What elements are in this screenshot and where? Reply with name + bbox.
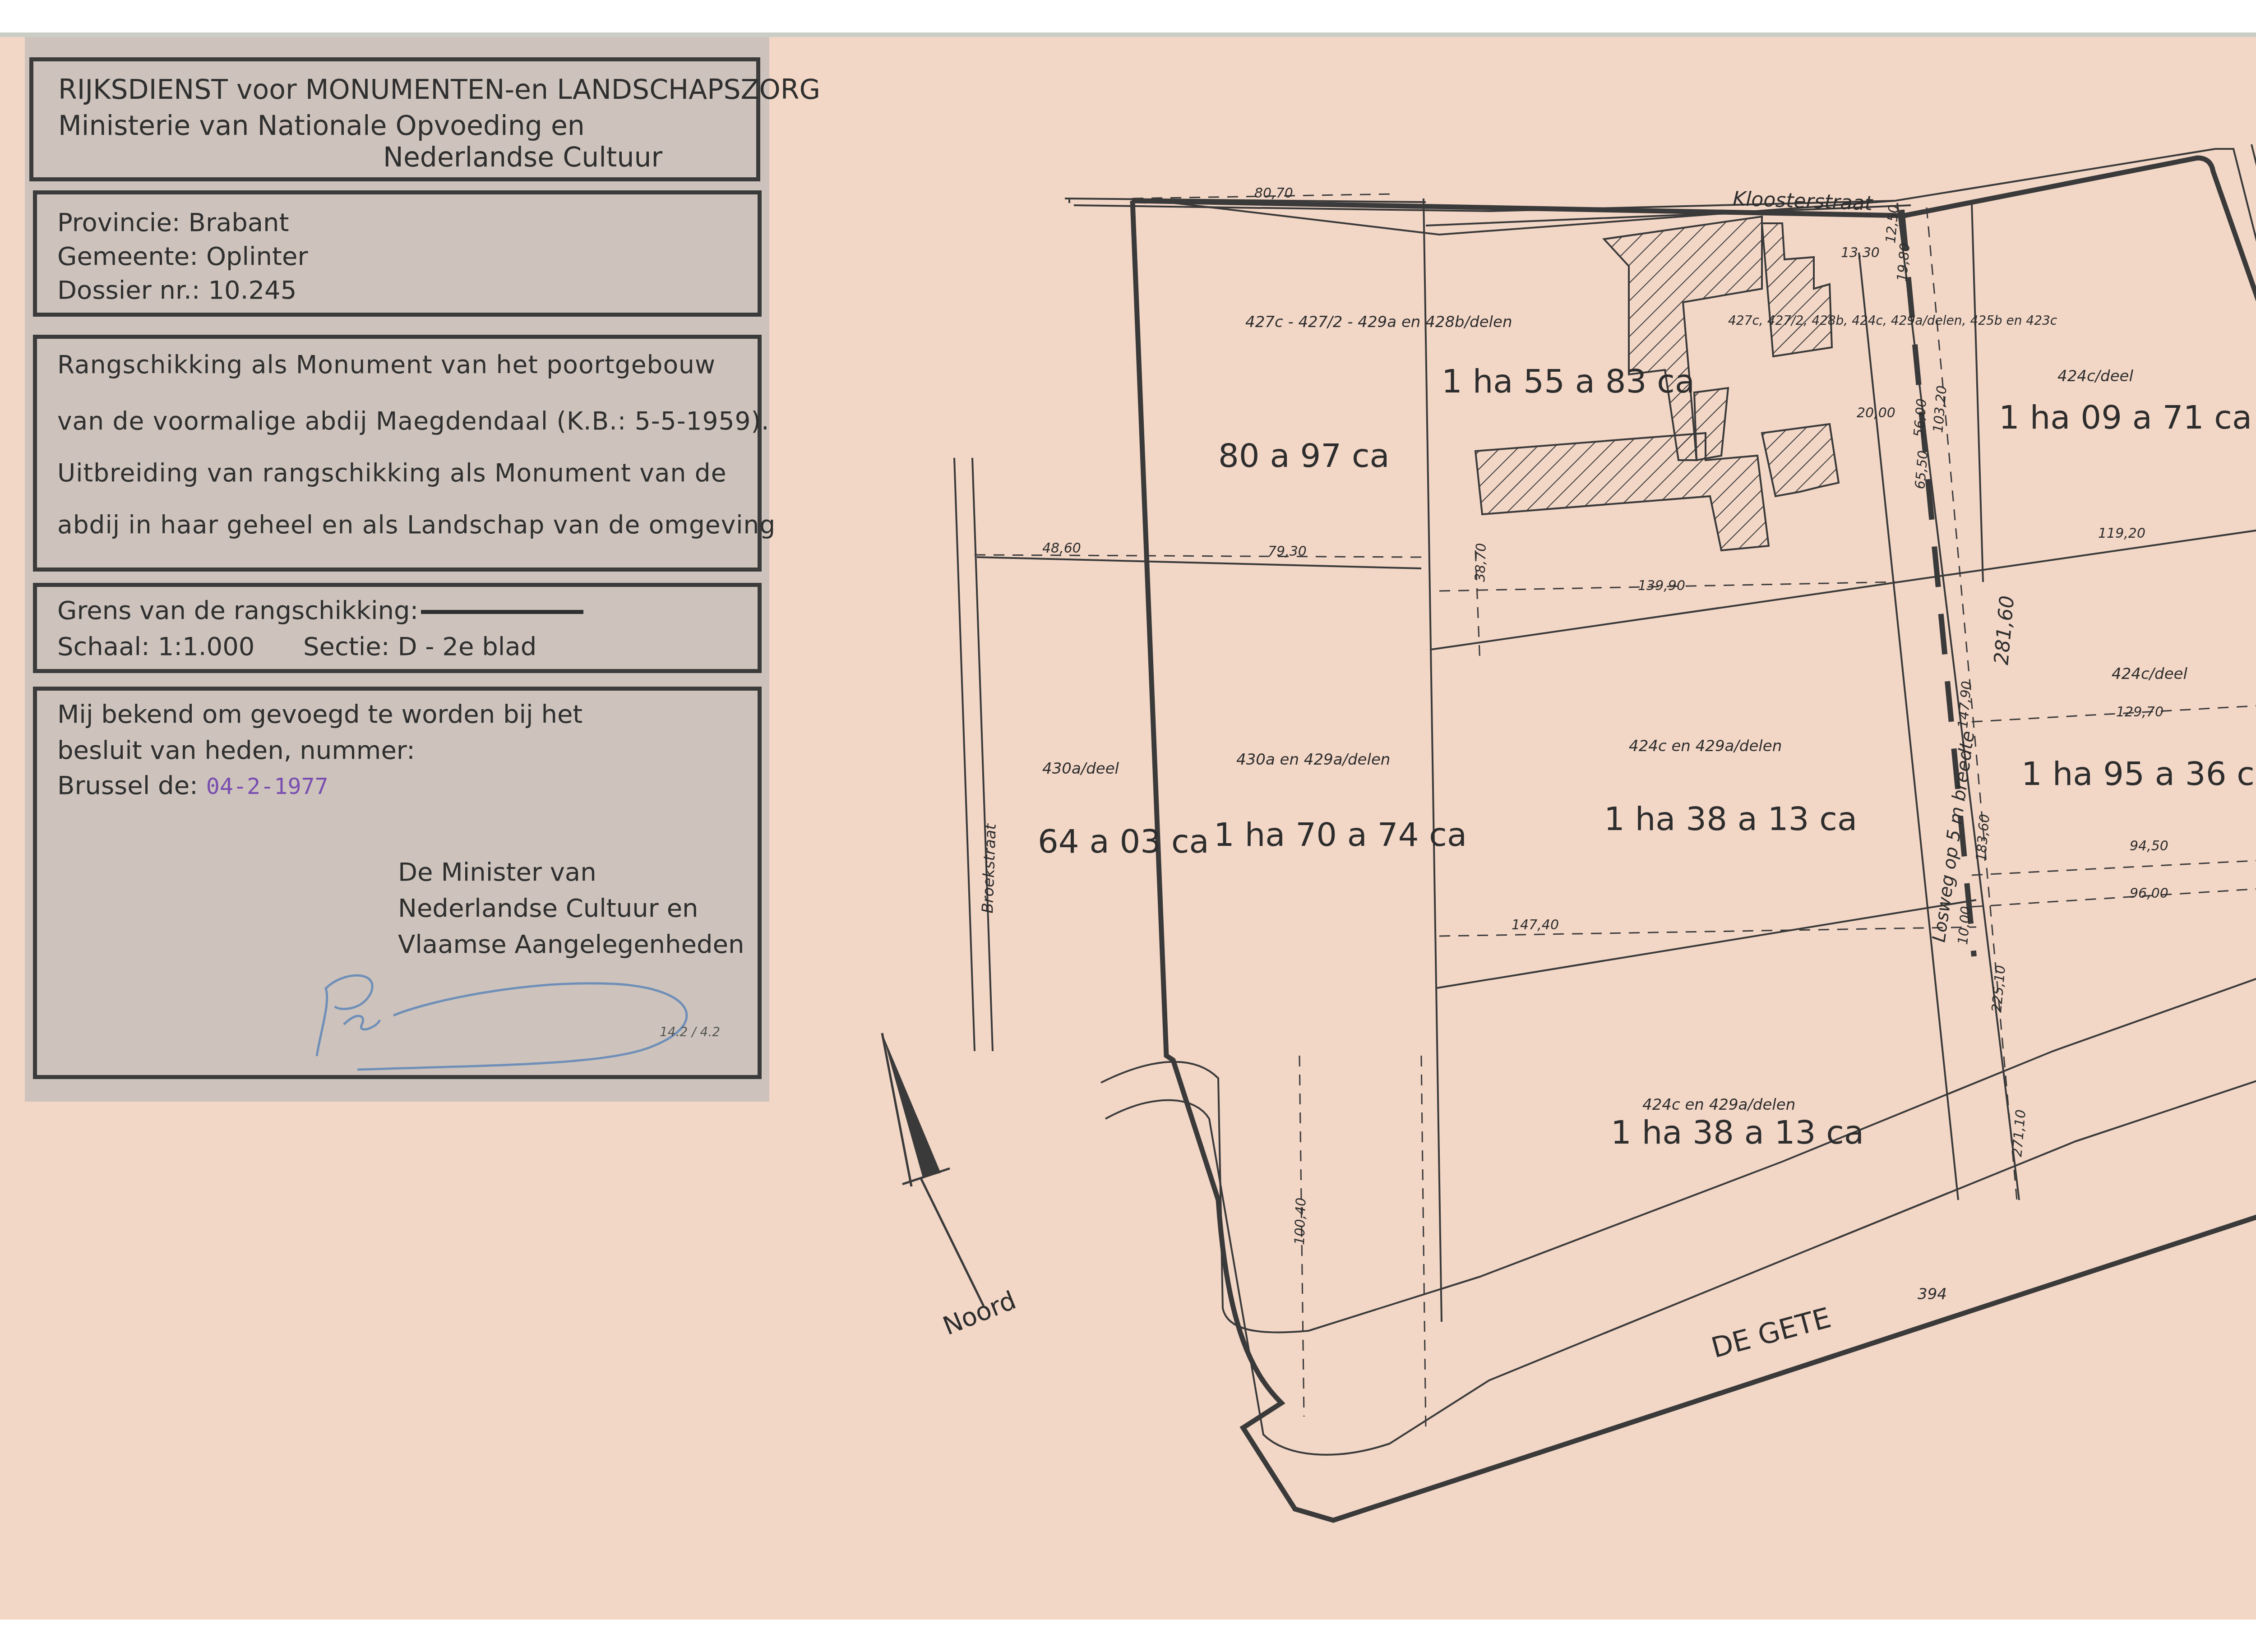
- parcel-7-cadastral: 424c en 429a/delen: [1629, 737, 1782, 755]
- dim-20-00: 20,00: [1857, 405, 1895, 421]
- parcel-8-area: 1 ha 95 a 36 ca: [2021, 755, 2256, 793]
- parcel-6-cadastral: 430a en 429a/delen: [1236, 751, 1390, 769]
- north-arrow-icon: [882, 1033, 984, 1306]
- river-de-gete-label: DE GETE: [1708, 1301, 1835, 1365]
- river-parcel-number: 394: [1918, 1285, 1947, 1303]
- dim-94-50: 94,50: [2130, 838, 2168, 854]
- kloosterstraat-label: Kloosterstraat: [1733, 187, 1874, 215]
- dim-100-40: 100,40: [1292, 1197, 1309, 1245]
- parcel-2-area: 1 ha 55 a 83 ca: [1442, 362, 1695, 400]
- dim-10-00: 10,00: [1955, 905, 1974, 946]
- parcel-6-area: 1 ha 70 a 74 ca: [1214, 816, 1467, 854]
- dim-13-30: 13,30: [1841, 245, 1880, 261]
- dim-139-90: 139,90: [1638, 578, 1685, 594]
- dim-119-20: 119,20: [2098, 526, 2145, 541]
- dim-183-60: 183,60: [1973, 813, 1993, 862]
- dim-271-10: 271,10: [2009, 1109, 2029, 1158]
- parcel-3-cadastral: 427c, 427/2, 428b, 424c, 429a/delen, 425…: [1728, 313, 2057, 328]
- dim-19-80: 19,80: [1894, 242, 1913, 282]
- dim-80-70: 80,70: [1254, 185, 1293, 201]
- dim-129-70: 129,70: [2116, 704, 2164, 720]
- dimension-labels: 80,70 79,30 48,60 38,70 139,90 119,20 13…: [1042, 185, 2168, 1245]
- parcel-7-area: 1 ha 38 a 13 ca: [1604, 800, 1857, 838]
- parcel-1-cadastral: 427c - 427/2 - 429a en 428b/delen: [1245, 313, 1512, 331]
- dim-103-20: 103,20: [1930, 385, 1950, 434]
- parcel-5-cadastral: 430a/deel: [1042, 760, 1119, 778]
- cadastral-map: Noord Kloosterstraat Ganzendries Broekst…: [0, 0, 2256, 1652]
- north-label: Noord: [939, 1286, 1020, 1341]
- dim-12-50: 12,50: [1883, 204, 1902, 244]
- dim-281-60: 281,60: [1990, 595, 2019, 666]
- dim-56-00: 56,00: [1911, 398, 1930, 438]
- parcel-4-area: 1 ha 09 a 71 ca: [1999, 398, 2252, 436]
- dim-48-60: 48,60: [1042, 540, 1081, 556]
- dim-147-40: 147,40: [1512, 917, 1559, 933]
- parcel-5-area: 64 a 03 ca: [1038, 822, 1209, 860]
- dim-38-70: 38,70: [1472, 543, 1489, 582]
- broekstraat-label: Broekstraat: [979, 823, 1000, 914]
- dim-96-00: 96,00: [2130, 886, 2168, 901]
- dim-65-50: 65,50: [1912, 450, 1931, 490]
- parcel-9-area: 1 ha 38 a 13 ca: [1611, 1113, 1864, 1151]
- dim-79-30: 79,30: [1268, 544, 1307, 559]
- parcel-9-cadastral: 424c en 429a/delen: [1642, 1096, 1795, 1114]
- parcel-1-area: 80 a 97 ca: [1218, 437, 1390, 475]
- parcel-8-cadastral: 424c/deel: [2112, 665, 2187, 683]
- parcel-4-cadastral: 424c/deel: [2057, 367, 2133, 385]
